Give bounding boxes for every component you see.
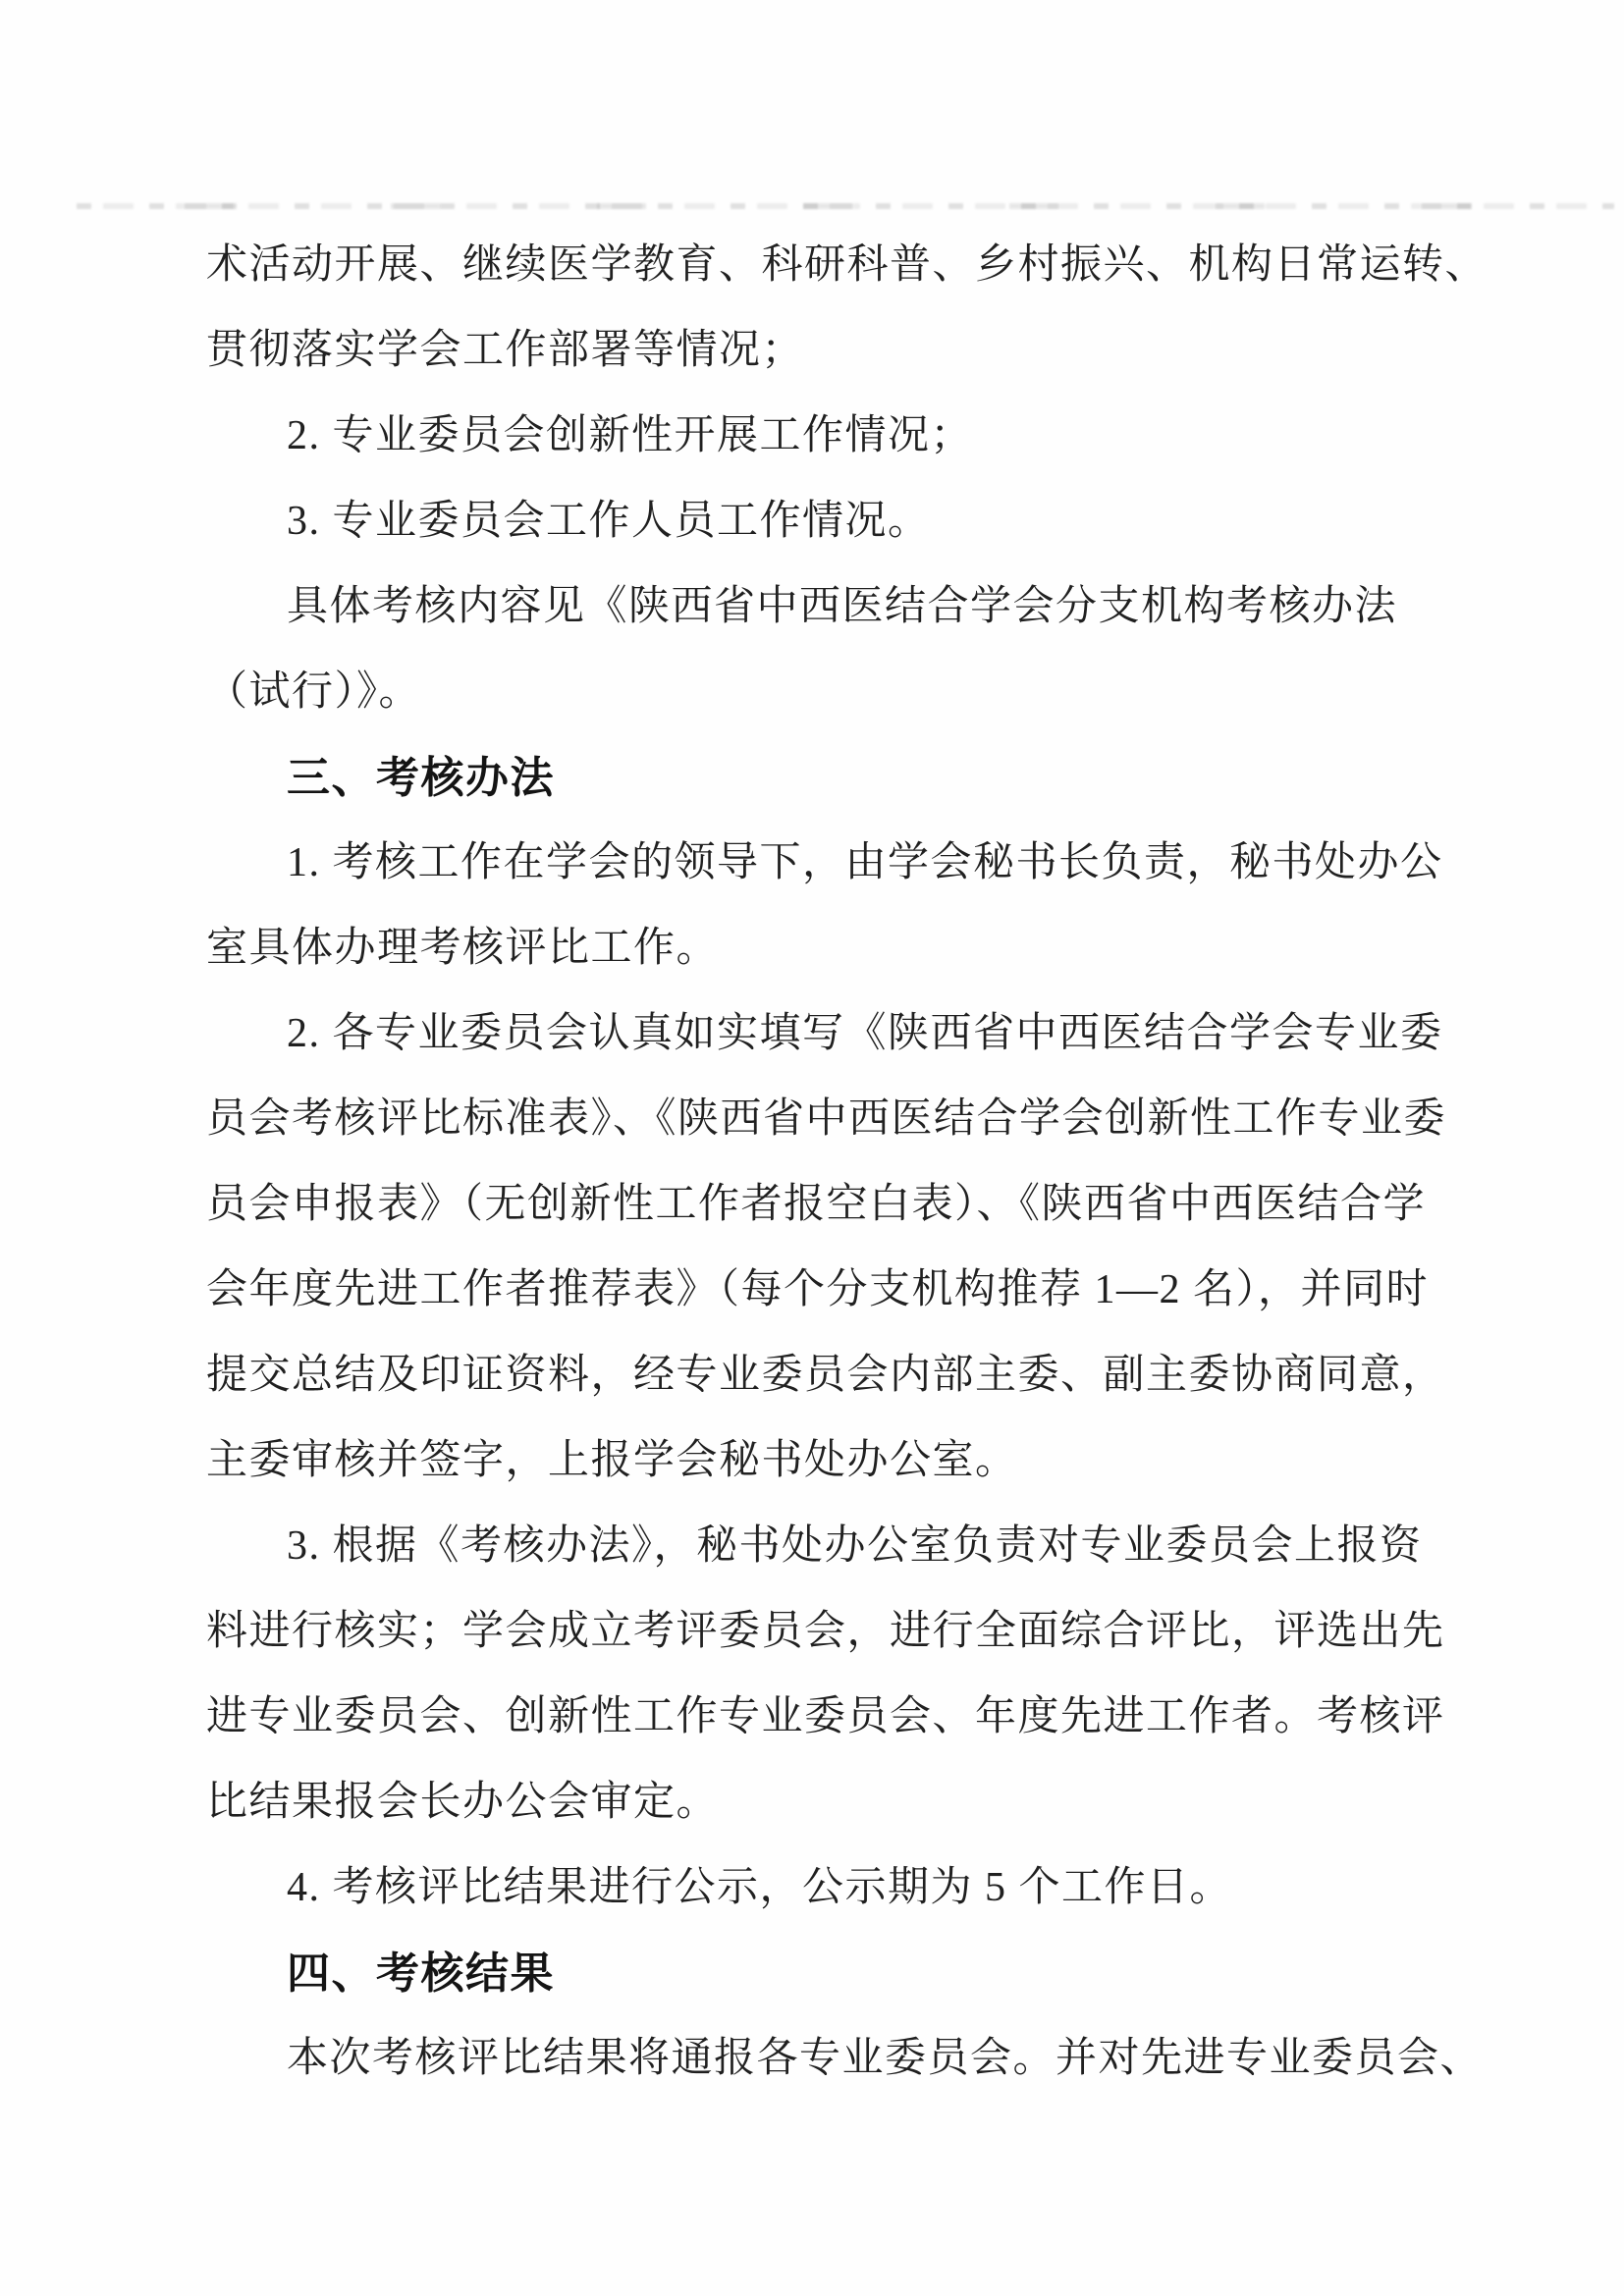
text-line: 会年度先进工作者推荐表》（每个分支机构推荐 1—2 名），并同时 xyxy=(206,1248,1624,1333)
text-line: 员会考核评比标准表》、《陕西省中西医结合学会创新性工作专业委 xyxy=(206,1077,1624,1162)
text-line: 2. 专业委员会创新性开展工作情况； xyxy=(287,394,1624,479)
text-line: 1. 考核工作在学会的领导下，由学会秘书长负责，秘书处办公 xyxy=(287,821,1624,906)
text-line: 贯彻落实学会工作部署等情况； xyxy=(206,308,1624,394)
section-heading: 四、考核结果 xyxy=(287,1931,1624,2016)
document-body: 术活动开展、继续医学教育、科研科普、乡村振兴、机构日常运转、贯彻落实学会工作部署… xyxy=(0,223,1624,2102)
text-line: 具体考核内容见《陕西省中西医结合学会分支机构考核办法 xyxy=(287,564,1624,650)
text-line: 术活动开展、继续医学教育、科研科普、乡村振兴、机构日常运转、 xyxy=(206,223,1624,308)
document-page: 术活动开展、继续医学教育、科研科普、乡村振兴、机构日常运转、贯彻落实学会工作部署… xyxy=(0,0,1624,2296)
text-line: 进专业委员会、创新性工作专业委员会、年度先进工作者。考核评 xyxy=(206,1675,1624,1760)
text-line: 主委审核并签字，上报学会秘书处办公室。 xyxy=(206,1418,1624,1504)
scan-artifact-band xyxy=(77,203,1614,209)
text-line: 4. 考核评比结果进行公示，公示期为 5 个工作日。 xyxy=(287,1845,1624,1931)
text-line: 提交总结及印证资料，经专业委员会内部主委、副主委协商同意， xyxy=(206,1333,1624,1418)
text-line: 3. 专业委员会工作人员工作情况。 xyxy=(287,479,1624,564)
text-line: 料进行核实；学会成立考评委员会，进行全面综合评比，评选出先 xyxy=(206,1589,1624,1675)
text-line: （试行）》。 xyxy=(206,650,1624,735)
text-line: 2. 各专业委员会认真如实填写《陕西省中西医结合学会专业委 xyxy=(287,991,1624,1077)
text-line: 比结果报会长办公会审定。 xyxy=(206,1760,1624,1845)
text-line: 室具体办理考核评比工作。 xyxy=(206,906,1624,991)
section-heading: 三、考核办法 xyxy=(287,735,1624,821)
text-line: 3. 根据《考核办法》，秘书处办公室负责对专业委员会上报资 xyxy=(287,1504,1624,1589)
text-line: 本次考核评比结果将通报各专业委员会。并对先进专业委员会、 xyxy=(287,2016,1624,2102)
text-line: 员会申报表》（无创新性工作者报空白表）、《陕西省中西医结合学 xyxy=(206,1162,1624,1248)
